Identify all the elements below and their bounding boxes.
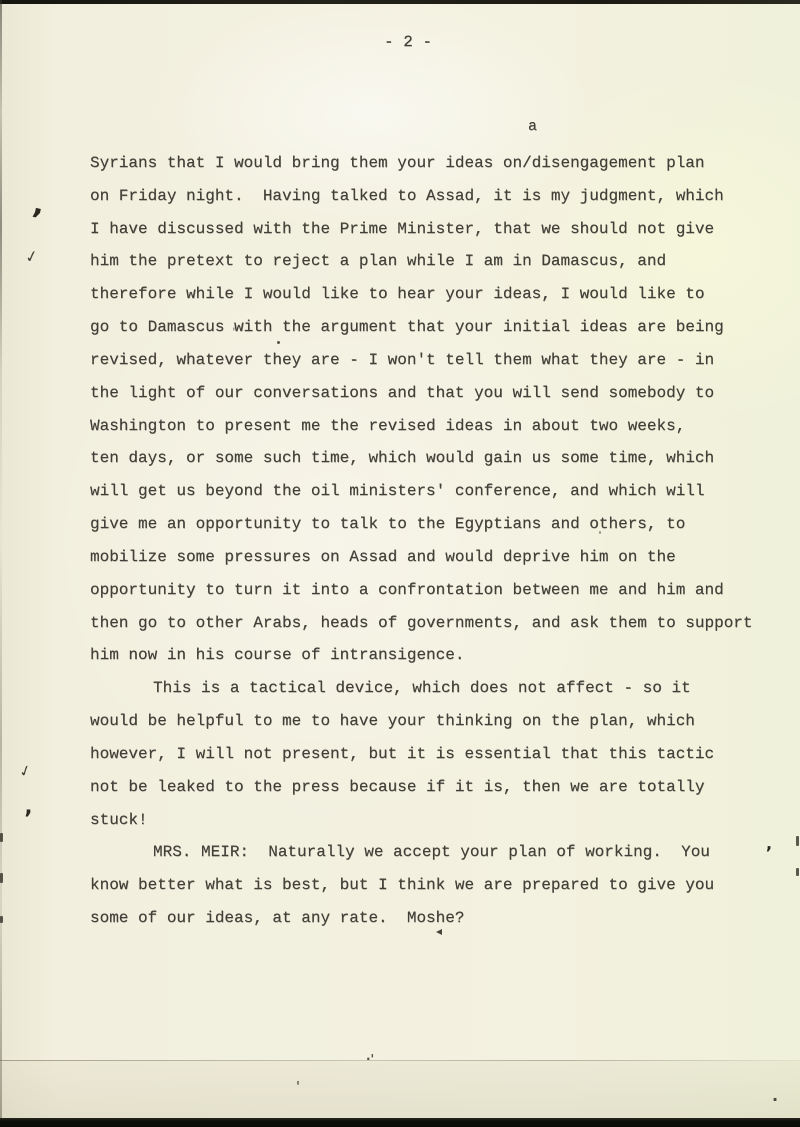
typed-line: ten days, or some such time, which would…: [90, 442, 780, 475]
typed-line: revised, whatever they are - I won't tel…: [90, 344, 780, 377]
right-edge-tick: [796, 836, 799, 846]
inserted-letter: a: [528, 118, 537, 135]
typed-line-paragraph-start: This is a tactical device, which does no…: [90, 672, 780, 705]
left-edge-tick: [0, 873, 3, 883]
typed-line: I have discussed with the Prime Minister…: [90, 213, 780, 246]
ink-speck: [599, 531, 601, 534]
typed-line: some of our ideas, at any rate. Moshe?: [90, 902, 780, 935]
left-edge-tick: [0, 833, 3, 842]
typed-line: go to Damascus with the argument that yo…: [90, 311, 780, 344]
right-edge-tick: [796, 868, 799, 876]
typed-line: Washington to present me the revised ide…: [90, 410, 780, 443]
typed-line: stuck!: [90, 804, 780, 837]
page-bottom-edge: [0, 1118, 800, 1127]
stray-comma-mark: ,: [232, 318, 236, 332]
ink-blob-mark: ‚: [24, 795, 32, 820]
arrowhead-ink-speck: [436, 929, 442, 935]
typed-line: therefore while I would like to hear you…: [90, 278, 780, 311]
typed-line: him now in his course of intransigence.: [90, 639, 780, 672]
typed-line: opportunity to turn it into a confrontat…: [90, 574, 780, 607]
typed-text-block: Syrians that I would bring them your ide…: [90, 147, 780, 935]
scanned-document-page: - 2 - a Syrians that I would bring them …: [0, 0, 800, 1127]
typed-line: on Friday night. Having talked to Assad,…: [90, 180, 780, 213]
typed-line-speaker-start: MRS. MEIR: Naturally we accept your plan…: [90, 836, 780, 869]
typed-line: mobilize some pressures on Assad and wou…: [90, 541, 780, 574]
page-top-edge: [0, 0, 800, 4]
margin-comma-mark: ,: [766, 834, 772, 853]
typed-line: give me an opportunity to talk to the Eg…: [90, 508, 780, 541]
typed-line: would be helpful to me to have your thin…: [90, 705, 780, 738]
typed-line: will get us beyond the oil ministers' co…: [90, 475, 780, 508]
handwritten-pen-stroke: ’: [26, 202, 44, 239]
typed-line: him the pretext to reject a plan while I…: [90, 245, 780, 278]
page-number: - 2 -: [384, 33, 432, 51]
page-left-edge: [0, 0, 2, 1127]
typed-line: however, I will not present, but it is e…: [90, 738, 780, 771]
typed-line: the light of our conversations and that …: [90, 377, 780, 410]
page-bottom-shading: [0, 1061, 800, 1118]
typed-line: Syrians that I would bring them your ide…: [90, 147, 780, 180]
ink-speck: [277, 341, 280, 344]
typed-line: not be leaked to the press because if it…: [90, 771, 780, 804]
handwritten-check-mark: ✓: [17, 760, 35, 781]
typed-line: know better what is best, but I think we…: [90, 869, 780, 902]
typed-line: then go to other Arabs, heads of governm…: [90, 607, 780, 640]
left-edge-tick: [0, 916, 3, 923]
handwritten-check-mark: ✓: [23, 246, 40, 267]
